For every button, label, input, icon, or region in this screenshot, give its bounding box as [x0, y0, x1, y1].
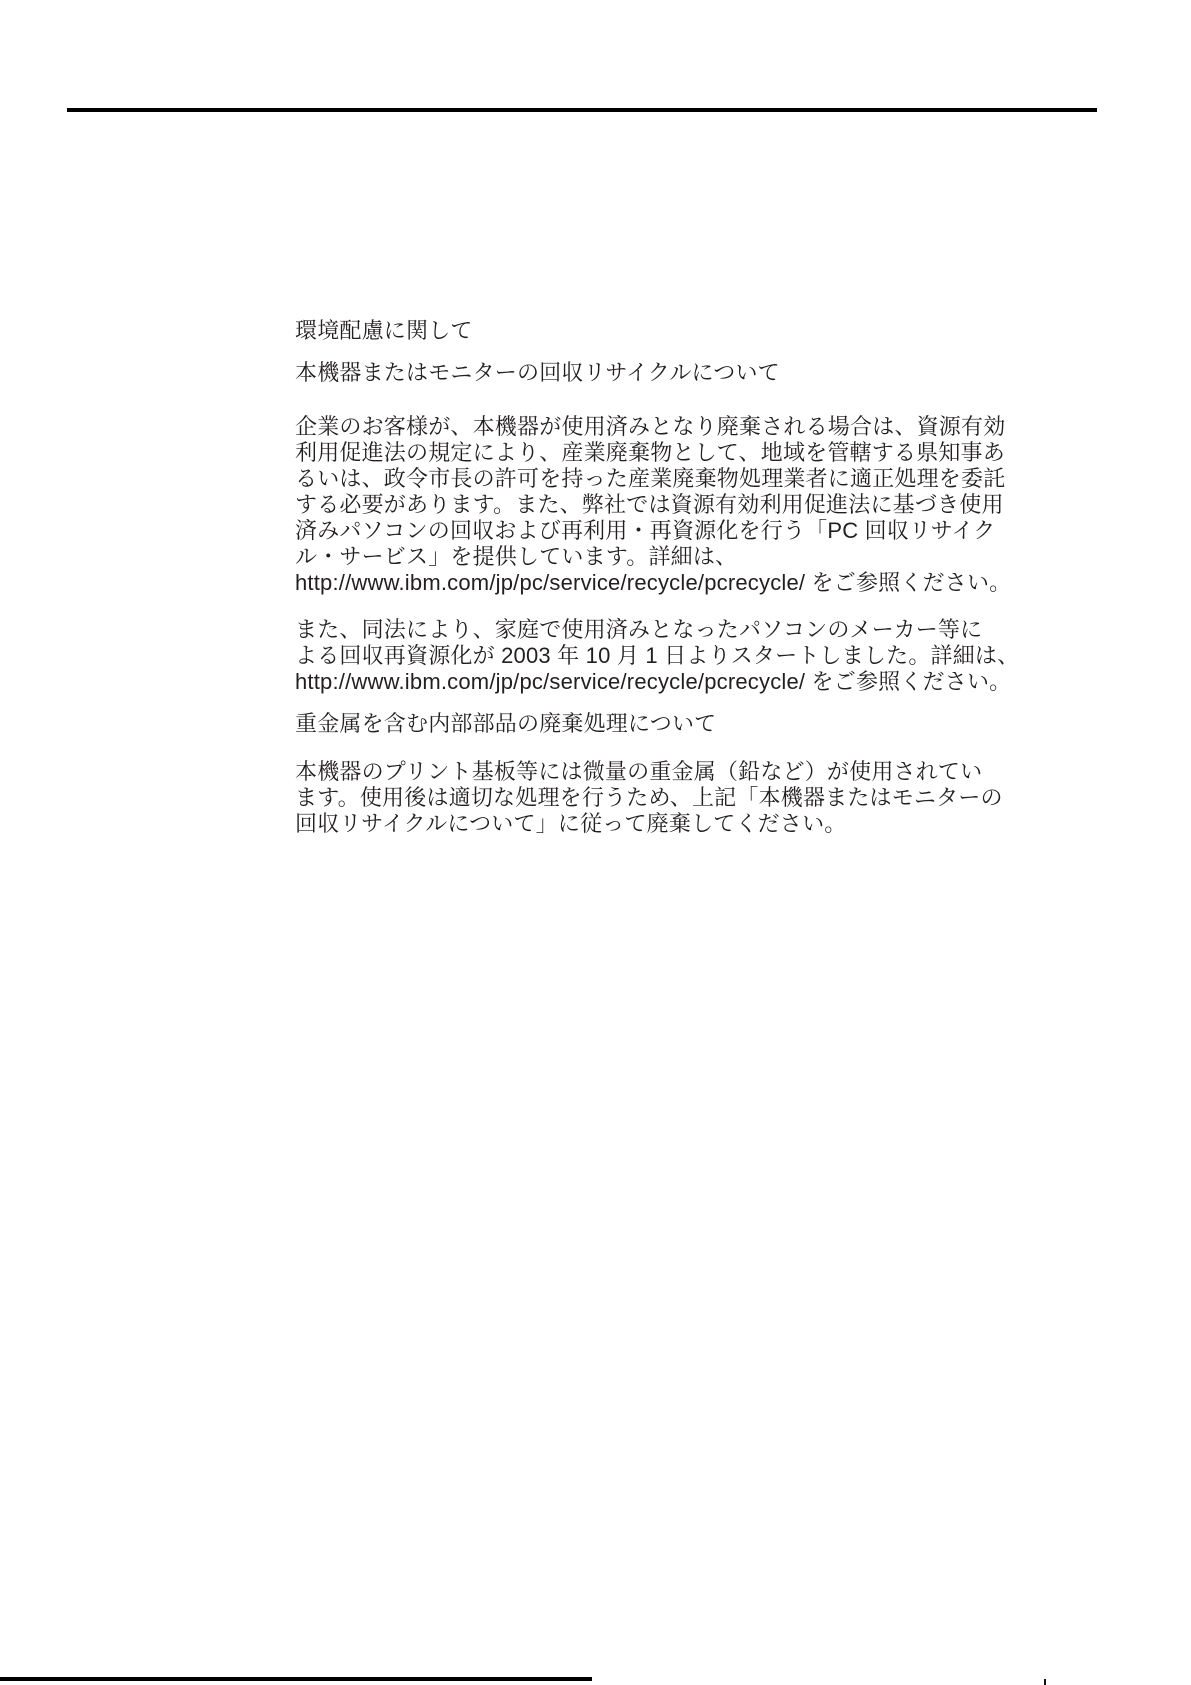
scan-artifact-mark [1044, 1679, 1046, 1685]
paragraph-corporate-disposal: 企業のお客様が、本機器が使用済みとなり廃棄される場合は、資源有効 利用促進法の規… [295, 414, 1175, 596]
top-horizontal-rule [67, 108, 1097, 112]
heading-device-monitor-recycling: 本機器またはモニターの回収リサイクルについて [295, 360, 1175, 386]
bottom-horizontal-rule [0, 1677, 592, 1681]
paragraph-home-pc-recycling: また、同法により、家庭で使用済みとなったパソコンのメーカー等に よる回収再資源化… [295, 617, 1175, 695]
paragraph-heavy-metal-instructions: 本機器のプリント基板等には微量の重金属（鉛など）が使用されてい ます。使用後は適… [295, 759, 1175, 837]
heading-heavy-metal-disposal: 重金属を含む内部部品の廃棄処理について [295, 711, 1175, 737]
section-title-environment: 環境配慮に関して [295, 318, 1175, 344]
document-page: 環境配慮に関して 本機器またはモニターの回収リサイクルについて 企業のお客様が、… [0, 0, 1191, 1685]
